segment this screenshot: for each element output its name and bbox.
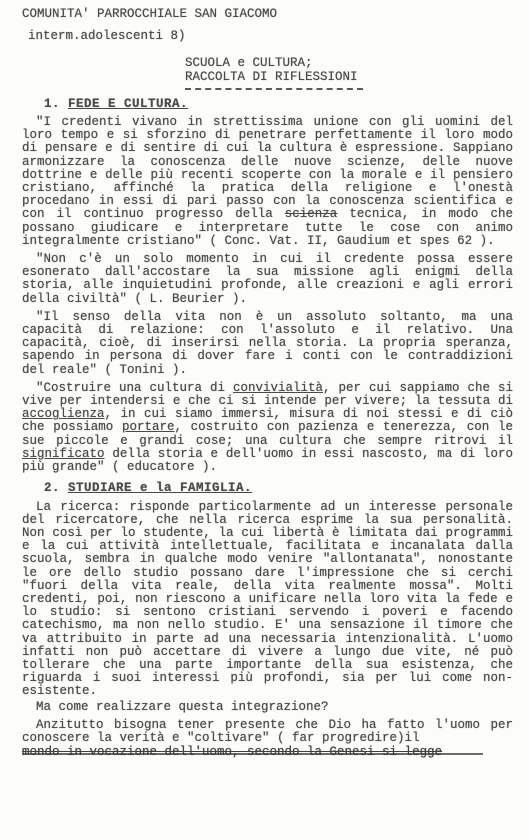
- section-number: 2.: [44, 481, 60, 495]
- title-line-1: SCUOLA e CULTURA;: [185, 57, 513, 70]
- struck-out-line: mondo in vocazione dell'uomo, secondo la…: [22, 746, 513, 759]
- section-heading-1: 1. FEDE E CULTURA.: [44, 98, 513, 111]
- underlined-word: convivialità: [233, 381, 323, 395]
- document-title: SCUOLA e CULTURA; RACCOLTA DI RIFLESSION…: [185, 57, 513, 89]
- section-heading-text: STUDIARE e la FAMIGLIA.: [68, 481, 252, 495]
- title-underline: [185, 87, 363, 90]
- paragraph-question: Ma come realizzare questa integrazione?: [22, 701, 513, 714]
- struck-word: scienza: [285, 207, 338, 221]
- paragraph-ricerca-studio: La ricerca: risponde particolarmente ad …: [22, 501, 513, 699]
- paragraph-text: "Costruire una cultura di: [36, 381, 233, 395]
- paragraph-anzitutto: Anzitutto bisogna tener presente che Dio…: [22, 719, 513, 745]
- letterhead-line-1: COMUNITA' PARROCCHIALE SAN GIACOMO: [22, 8, 513, 21]
- paragraph-text: "I credenti vivano in strettissima union…: [22, 115, 513, 221]
- paragraph-beurier-quote: "Non c'è un solo momento in cui il crede…: [22, 253, 513, 306]
- underlined-word: portare: [122, 420, 175, 434]
- paragraph-tonini-quote: "Il senso della vita non è un assoluto s…: [22, 311, 513, 377]
- title-line-2: RACCOLTA DI RIFLESSIONI: [185, 71, 513, 84]
- letterhead-line-2: interm.adolescenti 8): [28, 30, 513, 43]
- section-heading-text: FEDE E CULTURA.: [68, 97, 188, 111]
- section-number: 1.: [44, 97, 60, 111]
- paragraph-gaudium-et-spes: "I credenti vivano in strettissima union…: [22, 116, 513, 248]
- section-heading-2: 2. STUDIARE e la FAMIGLIA.: [44, 482, 513, 495]
- document-page: COMUNITA' PARROCCHIALE SAN GIACOMO inter…: [0, 0, 529, 840]
- underlined-word: significato: [22, 447, 105, 461]
- paragraph-convivialita-quote: "Costruire una cultura di convivialità, …: [22, 382, 513, 474]
